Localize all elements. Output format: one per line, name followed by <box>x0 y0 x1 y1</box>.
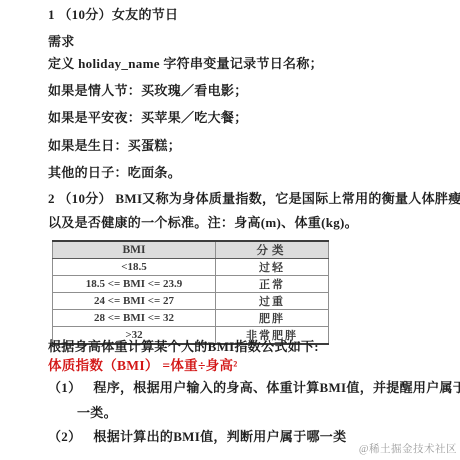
table-row: 24 <= BMI <= 27 过重 <box>53 293 329 310</box>
watermark: @稀土掘金技术社区 <box>359 441 457 456</box>
task-item-1: （1）程序，根据用户输入的身高、体重计算BMI值，并提醒用户属于哪 <box>48 381 460 395</box>
bmi-classification-table: BMI 分类 <18.5 过轻 18.5 <= BMI <= 23.9 正常 2… <box>52 240 329 345</box>
q2-intro-line2: 以及是否健康的一个标准。注：身高(m)、体重(kg)。 <box>48 216 358 230</box>
q1-other-days-line: 其他的日子：吃面条。 <box>48 166 181 180</box>
bmi-formula: 体质指数（BMI） =体重÷身高² <box>48 359 238 373</box>
document-page: 1 （10分）女友的节日 需求 定义 holiday_name 字符串变量记录节… <box>0 0 460 460</box>
category-cell: 肥胖 <box>216 310 329 327</box>
item-number: （2） <box>48 430 81 444</box>
bmi-range-cell: <18.5 <box>53 259 216 276</box>
bmi-range-cell: 28 <= BMI <= 32 <box>53 310 216 327</box>
q1-christmas-eve-line: 如果是平安夜：买苹果／吃大餐； <box>48 111 248 125</box>
q1-title: 1 （10分）女友的节日 <box>48 8 178 22</box>
q1-requirement-label: 需求 <box>48 35 75 49</box>
item-text: 根据计算出的BMI值，判断用户属于哪一类 <box>93 429 346 444</box>
category-column-header: 分类 <box>216 241 329 259</box>
table-header-row: BMI 分类 <box>53 241 329 259</box>
task-item-1-continuation: 一类。 <box>77 406 117 420</box>
formula-lead: 根据身高体重计算某个人的BMI指数公式如下: <box>48 340 319 354</box>
task-item-2: （2）根据计算出的BMI值，判断用户属于哪一类 <box>48 430 346 444</box>
category-cell: 过重 <box>216 293 329 310</box>
bmi-range-cell: 18.5 <= BMI <= 23.9 <box>53 276 216 293</box>
item-text: 程序，根据用户输入的身高、体重计算BMI值，并提醒用户属于哪 <box>93 380 460 395</box>
q1-define-line: 定义 holiday_name 字符串变量记录节日名称； <box>48 57 323 71</box>
table-row: <18.5 过轻 <box>53 259 329 276</box>
table-row: 18.5 <= BMI <= 23.9 正常 <box>53 276 329 293</box>
q2-intro-line1: 2 （10分） BMI又称为身体质量指数，它是国际上常用的衡量人体胖瘦程度 <box>48 192 460 206</box>
category-cell: 正常 <box>216 276 329 293</box>
q1-birthday-line: 如果是生日：买蛋糕； <box>48 139 181 153</box>
category-cell: 过轻 <box>216 259 329 276</box>
item-number: （1） <box>48 381 81 395</box>
bmi-column-header: BMI <box>53 241 216 259</box>
table-row: 28 <= BMI <= 32 肥胖 <box>53 310 329 327</box>
bmi-range-cell: 24 <= BMI <= 27 <box>53 293 216 310</box>
q1-valentines-line: 如果是情人节：买玫瑰／看电影； <box>48 84 248 98</box>
